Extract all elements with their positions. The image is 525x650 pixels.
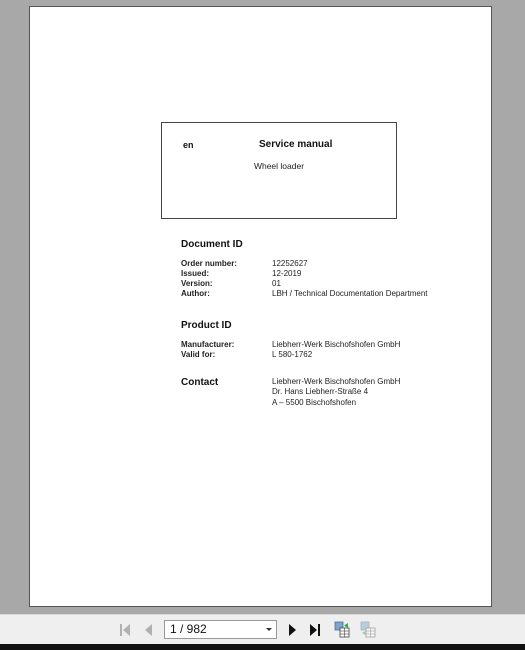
page-indicator: 1 / 982: [170, 622, 207, 636]
field-label: Author:: [181, 289, 271, 299]
field-label: Order number:: [181, 259, 271, 269]
document-id-heading: Document ID: [181, 239, 243, 250]
title-box: en Service manual Wheel loader: [161, 122, 397, 219]
single-page-view-icon[interactable]: [334, 621, 350, 638]
manual-title: Service manual: [259, 139, 332, 150]
page-number-select[interactable]: 1 / 982: [164, 620, 277, 639]
triangle-left-icon: [123, 624, 130, 636]
previous-page-button[interactable]: [141, 623, 155, 637]
previous-page-icon: [145, 624, 152, 636]
contact-address: Liebherr-Werk Bischofshofen GmbH Dr. Han…: [272, 377, 400, 408]
field-label: Issued:: [181, 269, 271, 279]
navigation-toolbar: 1 / 982: [0, 614, 525, 645]
contact-heading: Contact: [181, 377, 218, 388]
contact-line: Liebherr-Werk Bischofshofen GmbH: [272, 377, 400, 387]
field-value: 12252627: [272, 259, 308, 269]
contact-line: A – 5500 Bischofshofen: [272, 398, 400, 408]
first-page-icon: [120, 624, 122, 636]
contact-line: Dr. Hans Liebherr-Straße 4: [272, 387, 400, 397]
document-viewport[interactable]: en Service manual Wheel loader Document …: [0, 0, 525, 614]
field-value: L 580-1762: [272, 350, 312, 360]
last-page-button[interactable]: [308, 623, 322, 637]
chevron-down-icon[interactable]: [266, 628, 272, 631]
manual-subtitle: Wheel loader: [162, 161, 396, 171]
product-id-heading: Product ID: [181, 320, 232, 331]
last-page-icon: [318, 624, 320, 636]
field-value: LBH / Technical Documentation Department: [272, 289, 428, 299]
next-page-button[interactable]: [285, 623, 299, 637]
window-bottom-edge: [0, 644, 525, 650]
first-page-button[interactable]: [118, 623, 132, 637]
field-label: Manufacturer:: [181, 340, 271, 350]
field-value: 01: [272, 279, 281, 289]
field-label: Valid for:: [181, 350, 271, 360]
continuous-view-icon[interactable]: [360, 621, 376, 638]
language-code: en: [183, 140, 194, 150]
triangle-right-icon: [310, 624, 317, 636]
next-page-icon: [289, 624, 296, 636]
field-label: Version:: [181, 279, 271, 289]
field-value: Liebherr-Werk Bischofshofen GmbH: [272, 340, 400, 350]
pdf-page: en Service manual Wheel loader Document …: [29, 6, 492, 607]
field-value: 12-2019: [272, 269, 301, 279]
